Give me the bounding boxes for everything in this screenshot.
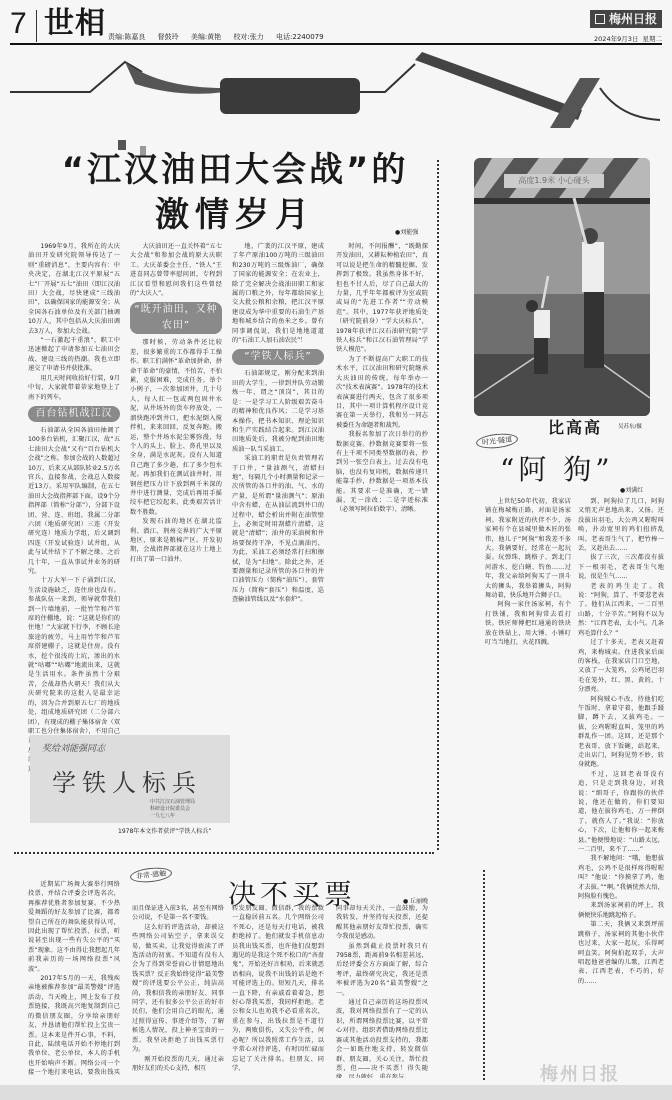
- certificate-header-text: 奖给刘能强同志: [42, 741, 105, 754]
- section-title: 世相: [44, 8, 106, 40]
- weekday-text: 星期二: [643, 35, 663, 43]
- feature-column-4: 时间，不问报酬”，“既勤探开发油田，又耕耘种植农田”，真可以说是把生命的精髓挖掘…: [336, 242, 428, 817]
- photo-credit: 吴苏东/摄: [618, 422, 642, 430]
- paragraph: 为了不断提高广大职工的技术水平，江汉油田和研究院继承大庆油田的传统，每年举办一次…: [336, 355, 428, 430]
- feature-column-3: 地，广袤的江汉平原，建成了年产原油100万吨的三级油田和230万吨的三级炼油厂，…: [232, 242, 324, 817]
- credit-proofreader: 校对:张力: [233, 33, 263, 41]
- logo-icon: [595, 14, 605, 24]
- credit-art-editor: 美编:黄艳: [191, 33, 221, 41]
- paragraph: 同事却每天关注，一直鼓励，为我转发，并坚持每天投票，还提醒其他亲朋好友帮忙投票，…: [336, 904, 428, 942]
- credit-phone: 电话:2240079: [276, 33, 324, 41]
- paragraph: 大庆油田还一直关怀着“五七大会战”和参加会战的原大庆职工。大庆革委会主任、“铁人…: [130, 242, 222, 298]
- story2-column-left: 上世纪50年代初，我家店铺在梅城梅正路，对面是汤家祠。我家附近的伙伴不少，汤家祠…: [485, 497, 571, 1085]
- issue-date: 2024年9月3日 星期二: [594, 34, 662, 43]
- paragraph: 石油部从全国各油田抽调了100多台钻机，汇聚江汉，故“五七油田大会战”又有“百台…: [28, 426, 120, 577]
- newspaper-page: 7 世相 责编:陈嘉良 督鼓玲 美编:黄艳 校对:张力 电话:2240079 梅…: [0, 0, 672, 1100]
- page-number: 7: [10, 8, 27, 40]
- page-header: 7 世相 责编:陈嘉良 督鼓玲 美编:黄艳 校对:张力 电话:2240079 梅…: [10, 6, 662, 44]
- paragraph: 采油工的职责是负责管理若干口井，“量油测气，清蜡扫地”，每隔几个小时测量和记录一…: [232, 454, 324, 605]
- feature-title-line1: “江汉油田大会战”的: [0, 150, 470, 190]
- photo-caption: 比高高: [548, 415, 602, 438]
- title-decoration: [118, 140, 126, 150]
- section-divider: [14, 852, 434, 854]
- editor-credits: 责编:陈嘉良 督鼓玲 美编:黄艳 校对:张力 电话:2240079: [108, 32, 334, 42]
- paragraph: 阿狗贼心不改，待他们吃午饭时，拿着守着，他跟手蹑脚，蹲下去，又拔鸡毛。一拔，公鸡…: [578, 695, 664, 770]
- story3-column-2: 而且保证进入前3名，甚至有网络公司说，不是第一名不要钱。 这么好的评选活动，却被…: [132, 904, 224, 1078]
- paragraph: 时间，不问报酬”，“既勤探开发油田，又耕耘种植农田”，真可以说是把生命的精髓挖掘…: [336, 242, 428, 355]
- column-tag-feelings: 非常·感触: [129, 866, 172, 884]
- subhead-farming: “既开油田，又种农田”: [130, 302, 222, 334]
- story3-column-1: 近期某广场舞大赛举行网络投票，并结合评委会评选名次，再推荐优胜者参加复赛。不少热…: [28, 880, 120, 1078]
- paragraph: “一石激起千重浪”，职工中迅速掀起了申请参加五七油田会战、建设三线的热潮。我也立…: [28, 336, 120, 374]
- credit-editor: 责编:陈嘉良: [108, 33, 145, 41]
- paragraph: 我报名参加了次日举行的抄数据竞赛。抄数据竞赛要将一张有上千项不同类型数据的表，抄…: [336, 430, 428, 515]
- paragraph: 刚开始投票的几天，通过亲朋好友们的关心支持，相互: [132, 1055, 224, 1074]
- paragraph: 上世纪50年代初，我家店铺在梅城梅正路，对面是汤家祠。我家附近的伙伴不少，汤家祠…: [485, 497, 571, 600]
- story2-title: “阿 狗”: [500, 448, 614, 488]
- paragraph: 我不解地问：“哦，他想拔鸡毛，公鸡不是很样疼得喔喔叫？”他说：“你摸拿了鸡，他才…: [578, 854, 664, 901]
- story2-author: ●刘满红: [620, 485, 643, 494]
- roof-illustration: [10, 48, 662, 128]
- feature-author: ●刘能强: [395, 227, 418, 236]
- date-text: 2024年9月3日: [594, 35, 638, 43]
- paragraph: 来到汤家祠前的坪上，我俩便快乐地跳起格子。: [578, 901, 664, 920]
- header-divider: [36, 10, 37, 42]
- paragraph: 老表的鸡生走了。我说：“阿狗，算了，不要惹老表了。他们从江西来，一二百里山路，十…: [578, 582, 664, 638]
- paragraph: 那时候，劳动条件还比较差，很多繁重的工作都得手工操作。职工们满怀“革命加拼命，拼…: [130, 338, 222, 517]
- paragraph: 虽然到截止投票时我只有7958票，距离前9名相差甚远，后经评委会方方面面了解，综…: [336, 942, 428, 998]
- paragraph: 石油部规定，刚分配来到油田的大学生，一律到井队劳动锻炼一年，谓之“顶岗”，其目的…: [232, 369, 324, 454]
- newspaper-name: 梅州日报: [609, 12, 657, 26]
- paragraph: 地，广袤的江汉平原，建成了年产原油100万吨的三级油田和230万吨的三级炼油厂，…: [232, 242, 324, 345]
- certificate-caption: 1978年本文作者获评“学铁人标兵”: [118, 826, 212, 835]
- paragraph: 第二天，我俩又来到坪前跳格子，汤家祠的其他小伙伴也过来，大家一起玩，乐得呵呵直笑…: [578, 920, 664, 986]
- certificate-signature: 中共江汉石油管理局科研设计院委员会一九七八年: [150, 799, 195, 820]
- paragraph: 发现石油的地区在湖北监利、潜江、荆州交界的广大平原地区，原来是粮棉产区。开发初期…: [130, 517, 222, 564]
- story3-column-4: 同事却每天关注，一直鼓励，为我转发，并坚持每天投票，还提醒其他亲朋好友帮忙投票，…: [336, 904, 428, 1078]
- certificate-title: 学铁人标兵: [52, 763, 202, 798]
- newspaper-watermark: 梅州日报: [540, 1060, 620, 1086]
- header-rule: [10, 43, 662, 45]
- paragraph: 转发朋友圈、微信群，我的票数一直稳居前五名。几个网络公司不死心，还是每天打电话，…: [232, 904, 324, 1073]
- subhead-drilling: 百台钻机战江汉: [28, 406, 120, 422]
- photo-comparing-heights: 高度1.9米 小心碰头: [474, 158, 650, 416]
- paragraph: 不过，这回老表哥没有追，只是走到我身边，对我说：“细哥子，你跟你的伙伴说，他还在…: [578, 770, 664, 855]
- paragraph: 而且保证进入前3名，甚至有网络公司说，不是第一名不要钱。: [132, 904, 224, 923]
- paragraph: 用几天时间收拾好行装，9月中旬，大家就带着蒂家地登上了南下的列车。: [28, 374, 120, 402]
- paragraph: 阿狗一家住汤家祠，有个打铁铺，我和阿狗常去看打铁。铁匠师傅把红通通的铁块放在铁砧…: [485, 600, 571, 647]
- paragraph: 拔了三次，三次都没有拔下一根羽毛，老表哥生气地说，很是生气……: [578, 553, 664, 581]
- paragraph: 通过自己亲历的这场投票风波，我对网络投票有了一定的认识，所谓网络投票比赛，以平常…: [336, 998, 428, 1078]
- paragraph: 这么好的评选活动，却被这些网络公司钻空子，拿来误交易，做买卖，让我觉得亵渎了评选…: [132, 923, 224, 1055]
- story2-column-right: 到，阿狗拉了几口，阿狗又悄无声息地出来，又扬。还没拔出羽毛，大公鸡又喔喔叫唤，扑…: [578, 497, 664, 1085]
- certificate-photo: 奖给刘能强同志 学铁人标兵 中共江汉石油管理局科研设计院委员会一九七八年: [30, 735, 230, 823]
- paragraph: 近期某广场舞大赛举行网络投票，并结合评委会评选名次，再推荐优胜者参加复赛。不少热…: [28, 880, 120, 974]
- paragraph: 1969年9月，我所在的大庆油田开发研究院领导传达了一则“重磅消息”，主要内容有…: [28, 242, 120, 336]
- credit-supervisor: 督鼓玲: [158, 33, 179, 41]
- newspaper-logo: 梅州日报: [590, 10, 662, 28]
- story3-column-3: 转发朋友圈、微信群，我的票数一直稳居前五名。几个网络公司不死心，还是每天打电话，…: [232, 904, 324, 1078]
- paragraph: 到，阿狗拉了几口，阿狗又悄无声息地出来，又扬。还没拔出羽毛，大公鸡又喔喔叫唤，扑…: [578, 497, 664, 553]
- subhead-ironman: “学铁人标兵”: [232, 349, 324, 365]
- paragraph: 2017年5月的一天，我残疾亲地被推荐参加“最美警嫂”评选活动，当天晚上，网上发…: [28, 974, 120, 1078]
- column-divider: [437, 160, 439, 850]
- feature-column-2: 大庆油田还一直关怀着“五七大会战”和参加会战的原大庆职工。大庆革委会主任、“铁人…: [130, 242, 222, 727]
- paragraph: 过了十多天，老表又赶着鸡，来梅城卖。住进我家后面的客栈，在我家店门口空地，又放了…: [578, 638, 664, 694]
- height-warning-sign: 高度1.9米 小心碰头: [504, 174, 604, 188]
- feature-column-1: 1969年9月，我所在的大庆油田开发研究院领导传达了一则“重磅消息”，主要内容有…: [28, 242, 120, 817]
- page-bottom-band: [0, 1085, 672, 1100]
